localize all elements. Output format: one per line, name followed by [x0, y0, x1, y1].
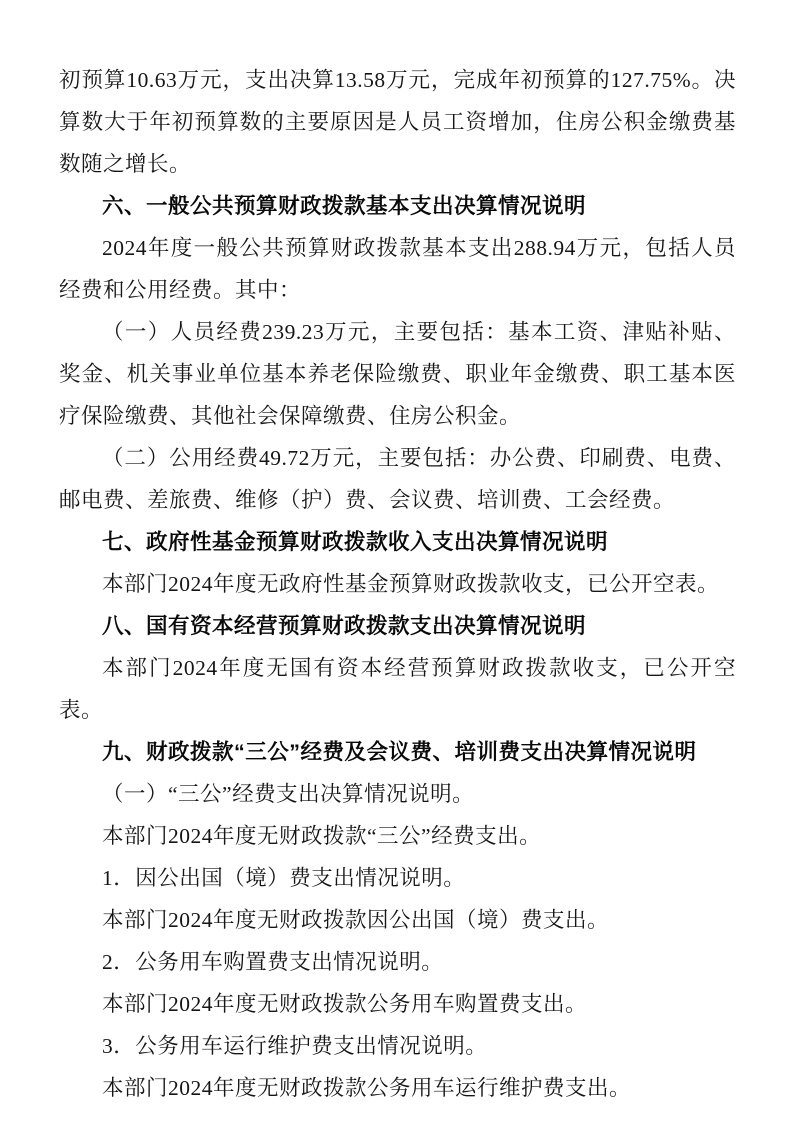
- section-heading: 九、财政拨款“三公”经费及会议费、培训费支出决算情况说明: [59, 731, 736, 773]
- document-text-area: 初预算10.63万元，支出决算13.58万元，完成年初预算的127.75%。决算…: [59, 59, 736, 1109]
- document-page: 初预算10.63万元，支出决算13.58万元，完成年初预算的127.75%。决算…: [0, 0, 793, 1122]
- body-paragraph: 2．公务用车购置费支出情况说明。: [59, 941, 736, 983]
- body-paragraph: （一）“三公”经费支出决算情况说明。: [59, 773, 736, 815]
- body-paragraph: 本部门2024年度无财政拨款因公出国（境）费支出。: [59, 899, 736, 941]
- body-paragraph: 本部门2024年度无国有资本经营预算财政拨款收支，已公开空表。: [59, 647, 736, 731]
- body-paragraph: 2024年度一般公共预算财政拨款基本支出288.94万元，包括人员经费和公用经费…: [59, 227, 736, 311]
- body-paragraph: 3．公务用车运行维护费支出情况说明。: [59, 1025, 736, 1067]
- body-paragraph: 本部门2024年度无政府性基金预算财政拨款收支，已公开空表。: [59, 563, 736, 605]
- body-paragraph: 本部门2024年度无财政拨款“三公”经费支出。: [59, 815, 736, 857]
- body-paragraph: 1．因公出国（境）费支出情况说明。: [59, 857, 736, 899]
- body-paragraph: 本部门2024年度无财政拨款公务用车购置费支出。: [59, 983, 736, 1025]
- body-paragraph: （一）人员经费239.23万元，主要包括：基本工资、津贴补贴、奖金、机关事业单位…: [59, 311, 736, 437]
- body-paragraph: 本部门2024年度无财政拨款公务用车运行维护费支出。: [59, 1067, 736, 1109]
- body-paragraph: （二）公用经费49.72万元，主要包括：办公费、印刷费、电费、邮电费、差旅费、维…: [59, 437, 736, 521]
- body-paragraph: 初预算10.63万元，支出决算13.58万元，完成年初预算的127.75%。决算…: [59, 59, 736, 185]
- section-heading: 七、政府性基金预算财政拨款收入支出决算情况说明: [59, 521, 736, 563]
- section-heading: 八、国有资本经营预算财政拨款支出决算情况说明: [59, 605, 736, 647]
- section-heading: 六、一般公共预算财政拨款基本支出决算情况说明: [59, 185, 736, 227]
